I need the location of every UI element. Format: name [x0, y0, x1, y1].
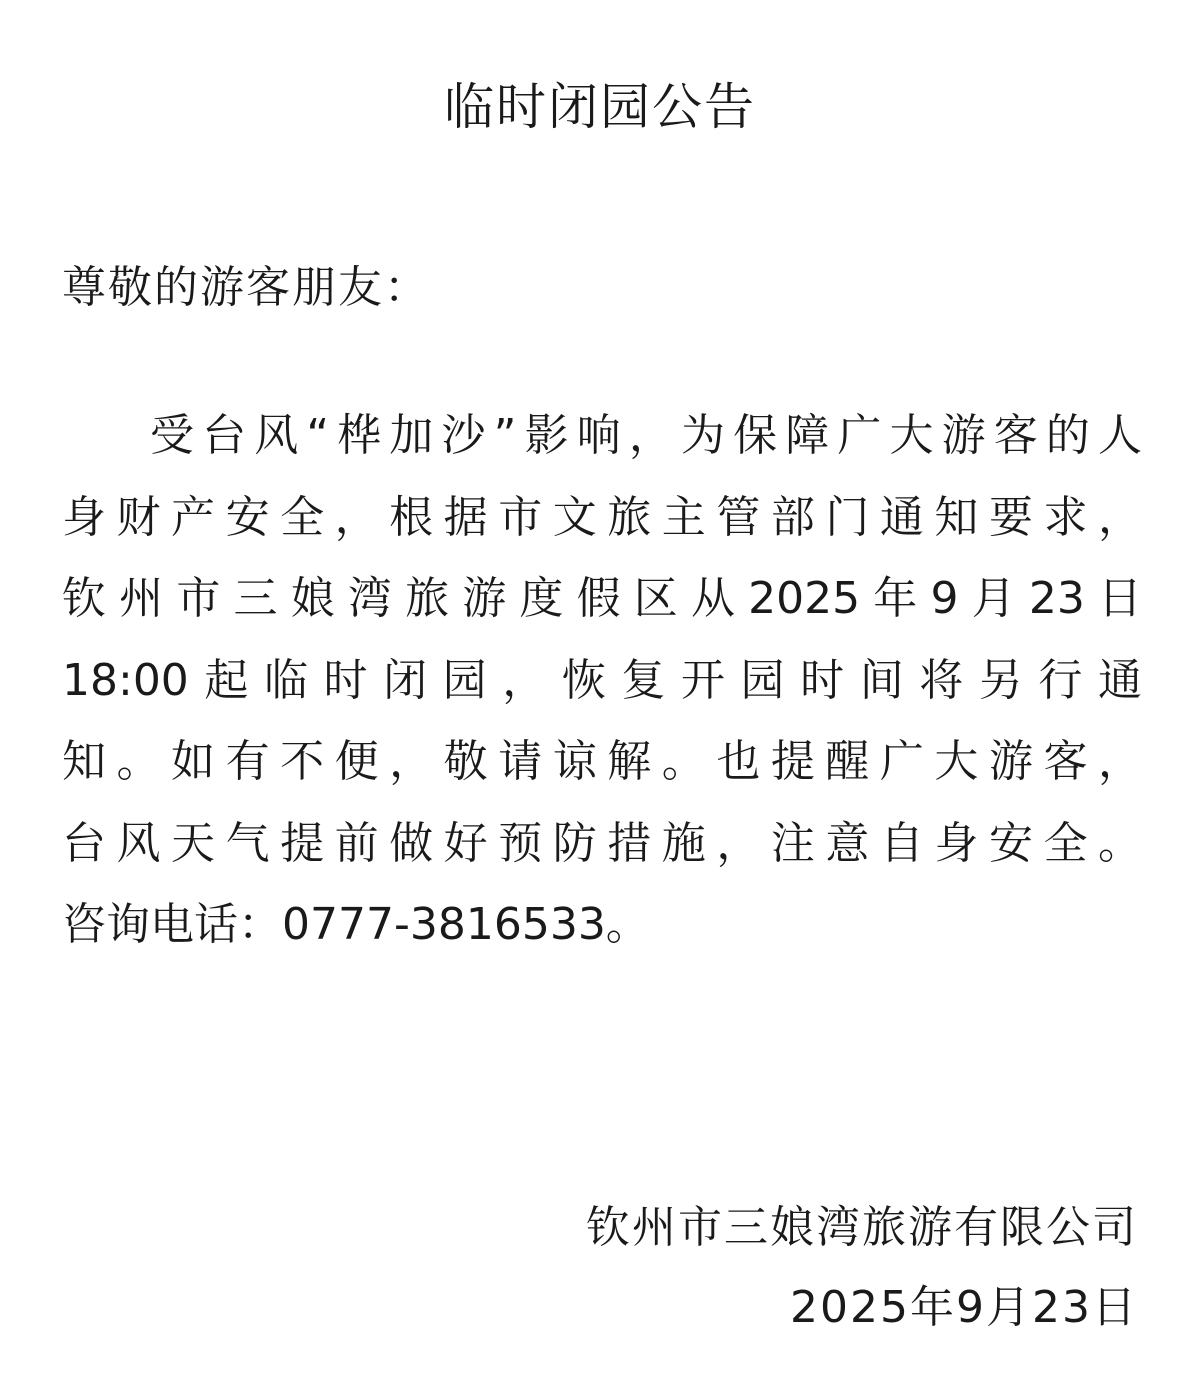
notice-title: 临时闭园公告	[0, 72, 1200, 142]
body-line-contact-phone: 咨询电话：0777-3816533。	[62, 884, 1142, 966]
body-line: 知。如有不便，敬请谅解。也提醒广大游客，	[62, 721, 1142, 803]
signature-organization: 钦州市三娘湾旅游有限公司	[586, 1188, 1138, 1268]
notice-signature: 钦州市三娘湾旅游有限公司 2025年9月23日	[586, 1188, 1138, 1348]
body-line: 台风天气提前做好预防措施，注意自身安全。	[62, 803, 1142, 885]
signature-date: 2025年9月23日	[586, 1268, 1138, 1348]
body-line: 身财产安全，根据市文旅主管部门通知要求，	[62, 477, 1142, 559]
notice-greeting: 尊敬的游客朋友：	[62, 258, 430, 318]
body-line: 18:00起临时闭园，恢复开园时间将另行通	[62, 640, 1142, 722]
body-line: 钦州市三娘湾旅游度假区从2025年9月23日	[62, 558, 1142, 640]
body-line: 受台风“桦加沙”影响，为保障广大游客的人	[62, 395, 1142, 477]
notice-body: 受台风“桦加沙”影响，为保障广大游客的人 身财产安全，根据市文旅主管部门通知要求…	[62, 395, 1142, 966]
